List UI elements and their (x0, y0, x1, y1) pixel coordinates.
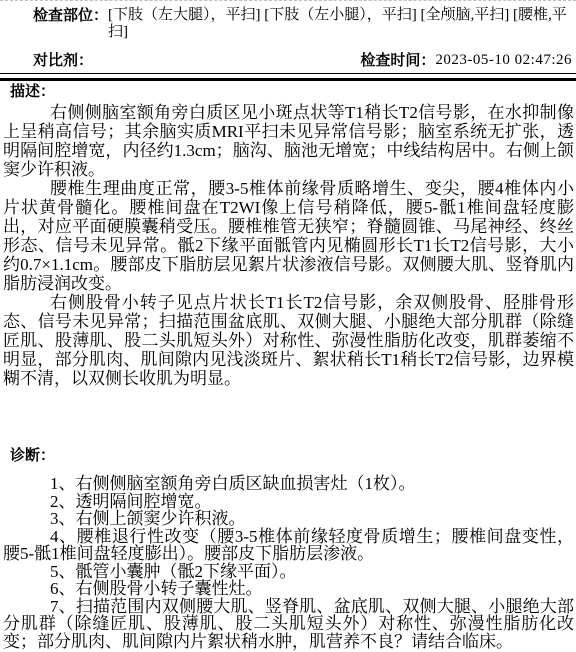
contrast-group: 对比剂： (33, 52, 93, 70)
description-body: 右侧侧脑室额角旁白质区见小斑点状等T1稍长T2信号影，在水抑制像上呈稍高信号；其… (0, 102, 576, 388)
exam-time-value: 2023-05-10 02:47:26 (435, 52, 572, 69)
exam-time-group: 检查时间： 2023-05-10 02:47:26 (360, 52, 572, 69)
diagnosis-label: 诊断： (0, 448, 576, 464)
diagnosis-item: 7、扫描范围内双侧腰大肌、竖脊肌、盆底肌、双侧大腿、小腿绝大部分肌群（除缝匠肌、… (3, 598, 574, 651)
contrast-label: 对比剂： (33, 52, 93, 69)
exam-site-value: [下肢（左大腿），平扫] [下肢（左小腿），平扫] [全颅脑,平扫] [腰椎,平… (108, 7, 572, 41)
diagnosis-item: 5、骶管小囊肿（骶2下缘平面）。 (3, 563, 574, 581)
exam-site-row: 检查部位： [下肢（左大腿），平扫] [下肢（左小腿），平扫] [全颅脑,平扫]… (33, 7, 572, 41)
diagnosis-item: 1、右侧侧脑室额角旁白质区缺血损害灶（1枚）。 (3, 475, 574, 493)
exam-time-label: 检查时间： (360, 52, 435, 69)
diagnosis-item: 6、右侧股骨小转子囊性灶。 (3, 580, 574, 598)
diagnosis-body: 1、右侧侧脑室额角旁白质区缺血损害灶（1枚）。 2、透明隔间腔增宽。 3、右侧上… (0, 466, 576, 650)
description-paragraph: 右侧侧脑室额角旁白质区见小斑点状等T1稍长T2信号影，在水抑制像上呈稍高信号；其… (3, 103, 574, 179)
diagnosis-item: 2、透明隔间腔增宽。 (3, 493, 574, 511)
description-paragraph: 腰椎生理曲度正常，腰3-5椎体前缘骨质略增生、变尖，腰4椎体内小片状黄骨髓化。腰… (3, 179, 574, 293)
description-section: 描述： 右侧侧脑室额角旁白质区见小斑点状等T1稍长T2信号影，在水抑制像上呈稍高… (0, 84, 576, 388)
medical-report-page: 检查部位： [下肢（左大腿），平扫] [下肢（左小腿），平扫] [全颅脑,平扫]… (0, 0, 576, 652)
diagnosis-item: 3、右侧上颌窦少许积液。 (3, 510, 574, 528)
contrast-time-row: 对比剂： 检查时间： 2023-05-10 02:47:26 (33, 52, 572, 70)
exam-site-label: 检查部位： (33, 7, 108, 41)
report-header: 检查部位： [下肢（左大腿），平扫] [下肢（左小腿），平扫] [全颅脑,平扫]… (0, 1, 576, 70)
header-section-divider (0, 73, 576, 81)
description-label: 描述： (0, 84, 576, 100)
description-paragraph: 右侧股骨小转子见点片状长T1长T2信号影，余双侧股骨、胫腓骨形态、信号未见异常；… (3, 293, 574, 388)
diagnosis-item: 4、腰椎退行性改变（腰3-5椎体前缘轻度骨质增生；腰椎间盘变性，腰5-骶1椎间盘… (3, 528, 574, 563)
diagnosis-section: 诊断： 1、右侧侧脑室额角旁白质区缺血损害灶（1枚）。 2、透明隔间腔增宽。 3… (0, 448, 576, 650)
